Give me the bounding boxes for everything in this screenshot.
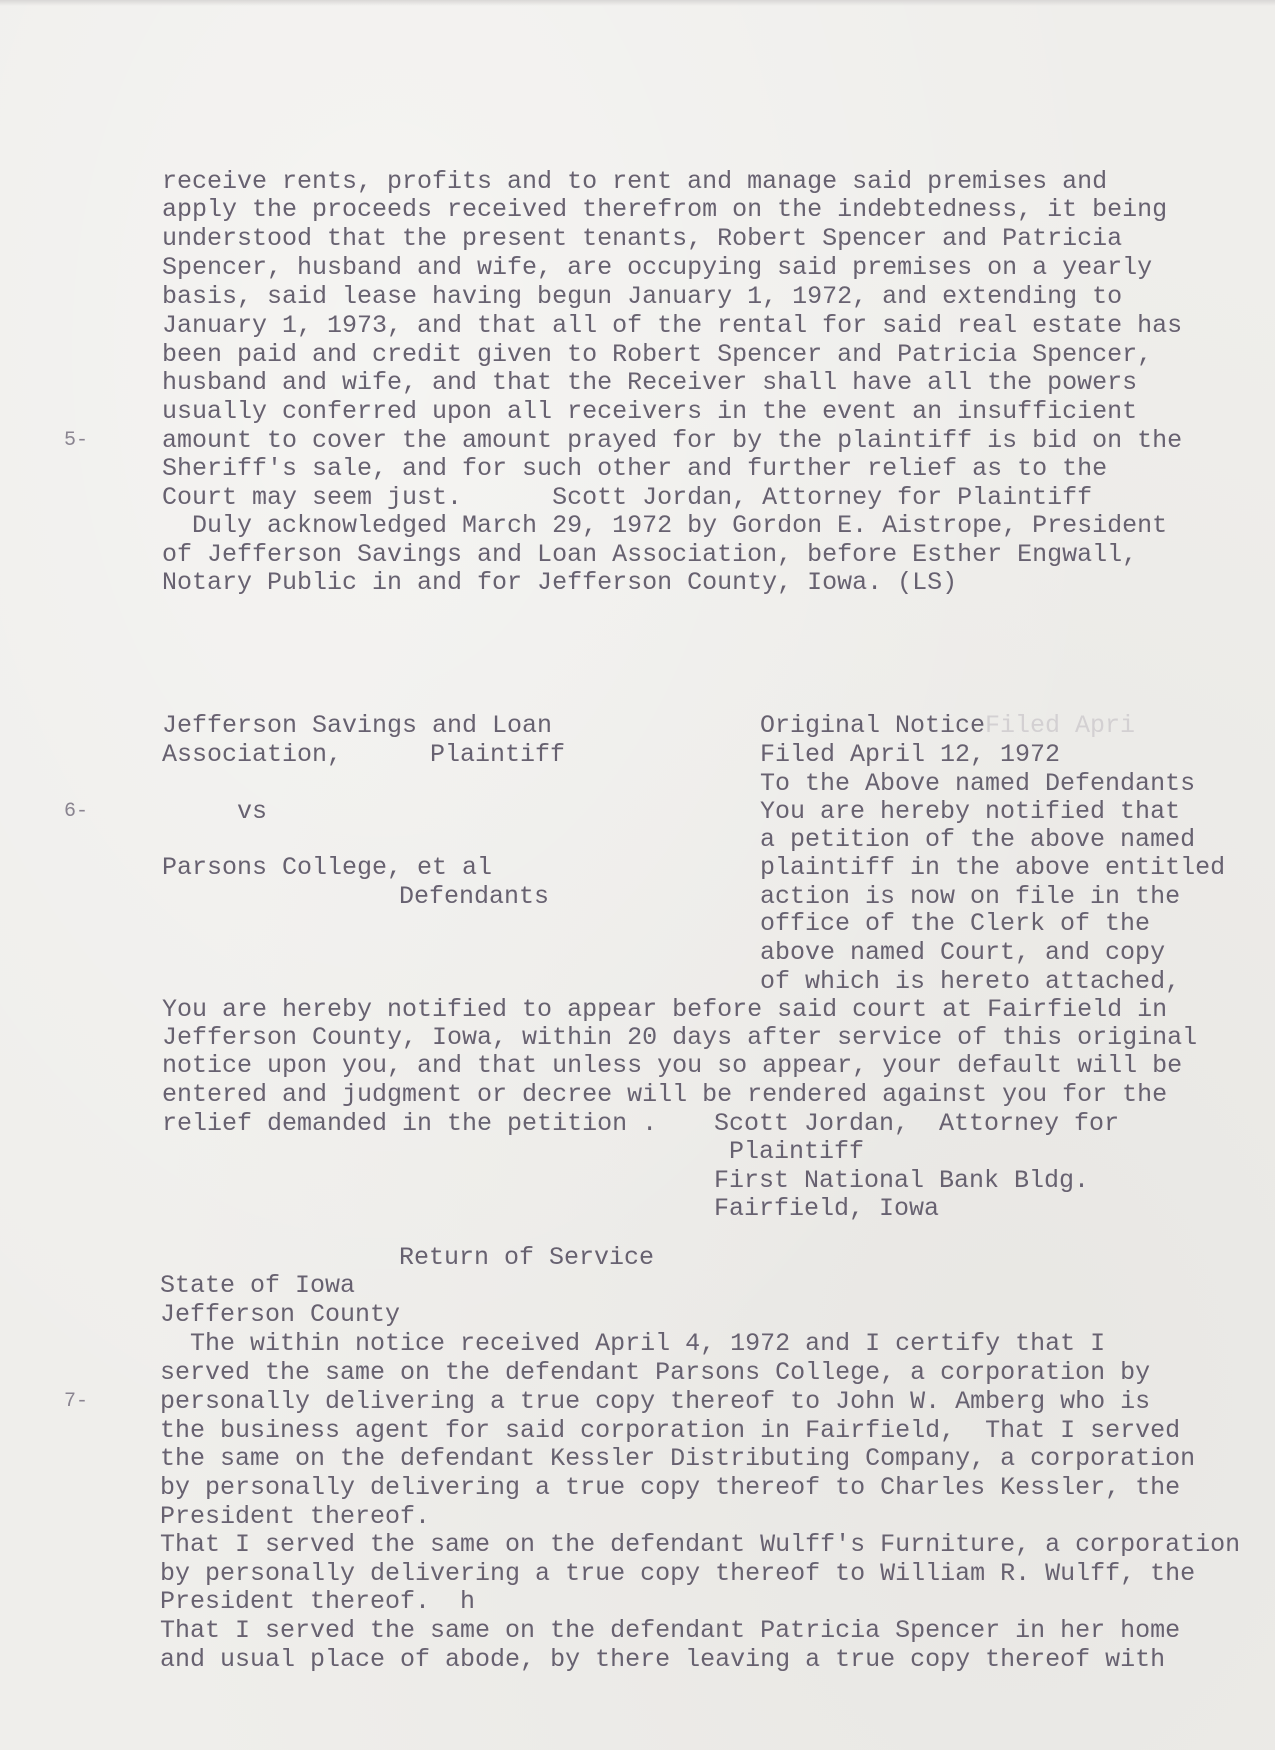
notice-line: a petition of the above named xyxy=(760,826,1195,854)
return-line: That I served the same on the defendant … xyxy=(160,1617,1180,1645)
notice-line: You are hereby notified that xyxy=(760,798,1180,826)
signature-line: Fairfield, Iowa xyxy=(714,1195,939,1223)
margin-number-7: 7- xyxy=(64,1390,88,1414)
notice-body-line: entered and judgment or decree will be r… xyxy=(162,1081,1167,1109)
return-line: Jefferson County xyxy=(160,1301,400,1329)
faint-overprint: Filed Apri xyxy=(985,712,1135,740)
acknowledgment-line: Duly acknowledged March 29, 1972 by Gord… xyxy=(162,512,1167,540)
plaintiff-label: Plaintiff xyxy=(430,741,565,769)
defendant-name: Parsons College, et al xyxy=(162,854,492,882)
plaintiff-name: Jefferson Savings and Loan xyxy=(162,712,552,740)
return-line: served the same on the defendant Parsons… xyxy=(160,1359,1150,1387)
petition-line: receive rents, profits and to rent and m… xyxy=(162,168,1107,196)
return-line: by personally delivering a true copy the… xyxy=(160,1474,1180,1502)
versus-label: vs xyxy=(237,798,267,826)
return-line: That I served the same on the defendant … xyxy=(160,1531,1240,1559)
margin-number-5: 5- xyxy=(64,429,88,453)
petition-line: apply the proceeds received therefrom on… xyxy=(162,196,1167,224)
notice-body-line: You are hereby notified to appear before… xyxy=(162,996,1167,1024)
notice-line: office of the Clerk of the xyxy=(760,910,1150,938)
notice-line: Filed April 12, 1972 xyxy=(760,741,1060,769)
scan-edge xyxy=(0,0,1275,6)
return-line: the same on the defendant Kessler Distri… xyxy=(160,1445,1195,1473)
return-line: and usual place of abode, by there leavi… xyxy=(160,1646,1165,1674)
return-line: The within notice received April 4, 1972… xyxy=(160,1330,1105,1358)
notice-line: above named Court, and copy xyxy=(760,939,1165,967)
petition-line: understood that the present tenants, Rob… xyxy=(162,225,1122,253)
petition-line: husband and wife, and that the Receiver … xyxy=(162,369,1137,397)
notice-body-line: notice upon you, and that unless you so … xyxy=(162,1052,1182,1080)
petition-line: January 1, 1973, and that all of the ren… xyxy=(162,312,1182,340)
notice-line: of which is hereto attached, xyxy=(760,968,1180,996)
acknowledgment-line: Notary Public in and for Jefferson Count… xyxy=(162,569,957,597)
signature-line: Scott Jordan, Attorney for xyxy=(714,1110,1119,1138)
signature-line: Plaintiff xyxy=(714,1138,864,1166)
petition-signature-line: Court may seem just. Scott Jordan, Attor… xyxy=(162,484,1092,512)
petition-line: Sheriff's sale, and for such other and f… xyxy=(162,455,1107,483)
notice-body-line: relief demanded in the petition . xyxy=(162,1110,657,1138)
notice-line: action is now on file in the xyxy=(760,883,1180,911)
return-line: State of Iowa xyxy=(160,1272,355,1300)
notice-line: plaintiff in the above entitled xyxy=(760,854,1225,882)
return-line: by personally delivering a true copy the… xyxy=(160,1560,1195,1588)
margin-number-6: 6- xyxy=(64,800,88,824)
defendant-label: Defendants xyxy=(399,883,549,911)
return-line: President thereof. xyxy=(160,1503,430,1531)
plaintiff-name: Association, xyxy=(162,741,342,769)
notice-line: To the Above named Defendants xyxy=(760,770,1195,798)
petition-line: been paid and credit given to Robert Spe… xyxy=(162,341,1152,369)
signature-line: First National Bank Bldg. xyxy=(714,1167,1089,1195)
petition-line: basis, said lease having begun January 1… xyxy=(162,283,1122,311)
document-page: 5- 6- 7- receive rents, profits and to r… xyxy=(0,0,1275,1750)
petition-line: Spencer, husband and wife, are occupying… xyxy=(162,254,1152,282)
return-line: the business agent for said corporation … xyxy=(160,1417,1180,1445)
return-of-service-title: Return of Service xyxy=(399,1244,654,1272)
notice-body-line: Jefferson County, Iowa, within 20 days a… xyxy=(162,1024,1197,1052)
return-line: President thereof. h xyxy=(160,1588,475,1616)
petition-line: amount to cover the amount prayed for by… xyxy=(162,427,1182,455)
acknowledgment-line: of Jefferson Savings and Loan Associatio… xyxy=(162,541,1137,569)
original-notice-title: Original Notice xyxy=(760,712,985,740)
petition-line: usually conferred upon all receivers in … xyxy=(162,398,1137,426)
return-line: personally delivering a true copy thereo… xyxy=(160,1388,1150,1416)
